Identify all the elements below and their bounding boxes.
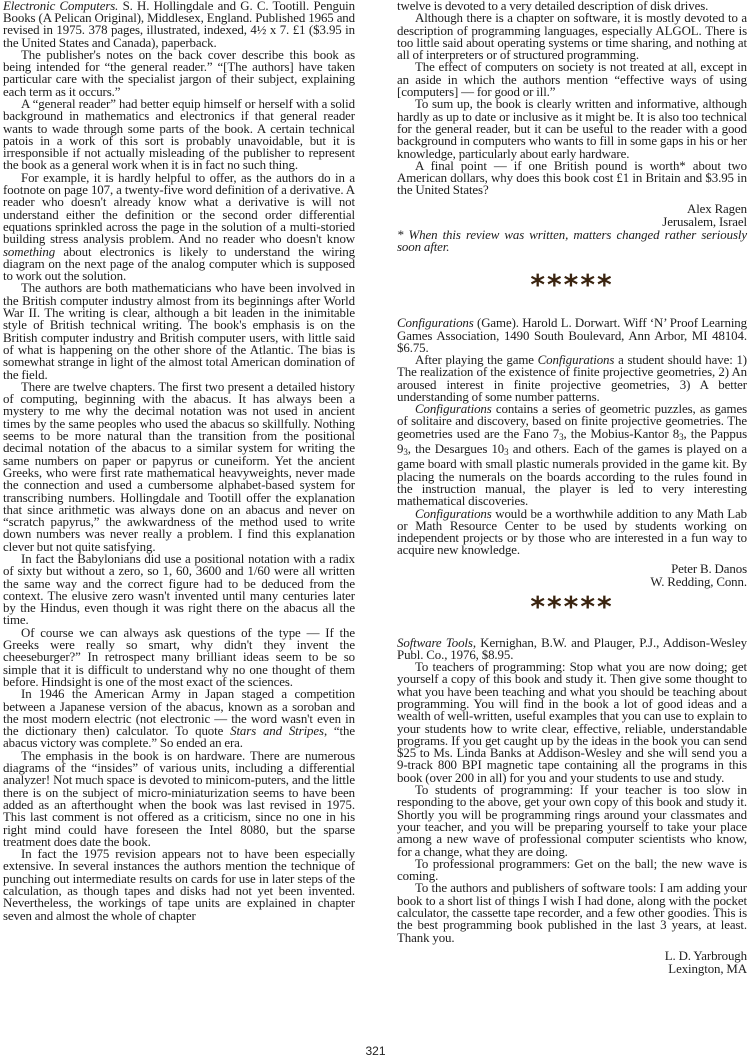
- review-paragraph: The publisher's notes on the back cover …: [3, 49, 355, 98]
- review-citation: Electronic Computers. S. H. Hollingdale …: [3, 0, 355, 49]
- reviewer-signature: L. D. Yarbrough Lexington, MA: [397, 950, 747, 976]
- review-paragraph: In fact the Babylonians did use a positi…: [3, 553, 355, 627]
- review-paragraph: To teachers of programming: Stop what yo…: [397, 661, 747, 784]
- review-paragraph: The emphasis in the book is on hardware.…: [3, 750, 355, 848]
- review-paragraph: A final point — if one British pound is …: [397, 160, 747, 197]
- reviewer-signature: Alex Ragen Jerusalem, Israel: [397, 203, 747, 229]
- review-paragraph: The effect of computers on society is no…: [397, 61, 747, 98]
- review-paragraph: Configurations contains a series of geom…: [397, 403, 747, 507]
- review-paragraph: In 1946 the American Army in Japan stage…: [3, 688, 355, 749]
- review-paragraph: The authors are both mathematicians who …: [3, 282, 355, 380]
- section-separator-stars-icon: *****: [397, 271, 747, 299]
- reviewer-name: Alex Ragen: [397, 203, 747, 216]
- review-paragraph: To students of programming: If your teac…: [397, 784, 747, 858]
- review-paragraph: For example, it is hardly helpful to off…: [3, 172, 355, 283]
- review-paragraph: To professional programmers: Get on the …: [397, 858, 747, 883]
- review-paragraph: There are twelve chapters. The first two…: [3, 381, 355, 553]
- review-paragraph: Although there is a chapter on software,…: [397, 12, 747, 61]
- review-paragraph: To sum up, the book is clearly written a…: [397, 98, 747, 159]
- section-separator-stars-icon: *****: [397, 593, 747, 621]
- review-paragraph: Configurations would be a worthwhile add…: [397, 508, 747, 557]
- review-paragraph: A “general reader” had better equip hims…: [3, 98, 355, 172]
- reviewer-location: Lexington, MA: [397, 963, 747, 976]
- reviewer-name: L. D. Yarbrough: [397, 950, 747, 963]
- review-paragraph: After playing the game Configurations a …: [397, 354, 747, 403]
- right-column: twelve is devoted to a very detailed des…: [397, 0, 747, 976]
- reviewer-signature: Peter B. Danos W. Redding, Conn.: [397, 563, 747, 589]
- reviewer-location: Jerusalem, Israel: [397, 216, 747, 229]
- review-paragraph: In fact the 1975 revision appears not to…: [3, 848, 355, 922]
- left-column: Electronic Computers. S. H. Hollingdale …: [3, 0, 355, 922]
- footnote: * When this review was written, matters …: [397, 229, 747, 254]
- review-citation: Software Tools, Kernighan, B.W. and Plau…: [397, 637, 747, 661]
- review-paragraph: To the authors and publishers of softwar…: [397, 882, 747, 943]
- review-citation: Configurations (Game). Harold L. Dorwart…: [397, 317, 747, 354]
- reviewer-location: W. Redding, Conn.: [397, 576, 747, 589]
- review-paragraph: Of course we can always ask questions of…: [3, 627, 355, 688]
- reviewer-name: Peter B. Danos: [397, 563, 747, 576]
- page-number: 321: [0, 1044, 751, 1058]
